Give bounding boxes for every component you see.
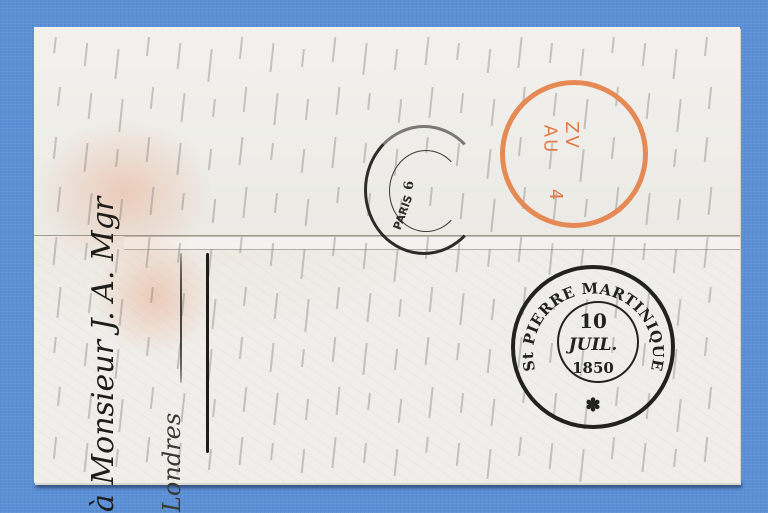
handwriting-trace — [243, 387, 248, 412]
handwriting-trace — [456, 343, 460, 360]
handwriting-trace — [301, 449, 305, 473]
handwriting-trace — [425, 437, 429, 453]
handwriting-trace — [146, 437, 151, 462]
handwriting-trace — [331, 437, 336, 468]
handwriting-trace — [486, 449, 491, 479]
orange-line-2: AU — [539, 125, 560, 155]
handwriting-trace — [393, 249, 398, 282]
handwriting-trace — [398, 399, 402, 423]
handwriting-trace — [53, 337, 57, 353]
handwriting-trace — [300, 249, 305, 279]
handwriting-trace — [57, 387, 61, 406]
handwriting-trace — [304, 299, 309, 332]
handwriting-trace — [704, 437, 709, 462]
handwriting-trace — [394, 449, 399, 476]
handwriting-trace — [332, 337, 337, 362]
handwriting-trace — [270, 443, 274, 460]
address-line-1: à Monsieur J. A. Mgr — [86, 197, 121, 512]
handwriting-trace — [549, 443, 554, 469]
postmark-month: JUIL. — [515, 335, 671, 355]
handwriting-trace — [366, 293, 371, 322]
handwriting-trace — [611, 437, 615, 459]
handwriting-trace — [708, 387, 712, 409]
handwriting-trace — [274, 293, 279, 319]
st-pierre-martinique-postmark: St PIERRE MARTINIQUE 10 JUIL. 1850 ✽ — [511, 265, 675, 429]
ink-curve-stroke — [180, 253, 182, 383]
handwriting-trace — [336, 287, 340, 309]
postmark-year: 1850 — [515, 359, 671, 377]
handwriting-trace — [305, 399, 309, 420]
handwriting-trace — [212, 399, 216, 417]
postmark-day: 10 — [515, 309, 671, 333]
handwriting-trace — [239, 337, 243, 359]
handwriting-trace — [704, 337, 708, 356]
orange-receiving-postmark: ZV AU 4 — [500, 80, 648, 228]
handwriting-trace — [394, 349, 398, 370]
handwriting-trace — [429, 287, 434, 312]
handwriting-trace — [491, 299, 495, 320]
handwriting-trace — [273, 393, 278, 425]
handwriting-trace — [301, 349, 305, 367]
orange-line-1: ZV — [561, 121, 582, 150]
handwriting-trace — [425, 337, 430, 365]
handwriting-trace — [460, 393, 464, 413]
handwriting-trace — [398, 299, 402, 317]
handwriting-trace — [579, 449, 584, 482]
address-line-2: Londres — [158, 413, 186, 512]
handwriting-trace — [367, 393, 371, 410]
handwriting-trace — [487, 349, 491, 373]
handwriting-trace — [239, 437, 244, 465]
paris-day: 6 — [402, 180, 418, 190]
handwriting-trace — [708, 287, 712, 303]
handwriting-trace — [642, 243, 646, 260]
handwriting-trace — [487, 249, 491, 267]
handwriting-trace — [243, 287, 247, 306]
handwriting-trace — [56, 287, 61, 318]
handwriting-trace — [336, 387, 341, 415]
ink-rule-line — [206, 253, 209, 453]
handwriting-trace — [673, 449, 677, 467]
handwriting-trace — [491, 399, 496, 426]
handwriting-trace — [428, 387, 433, 418]
orange-line-3: 4 — [545, 189, 566, 202]
handwriting-trace — [518, 437, 522, 456]
paris-transit-postmark: PARIS 6 — [364, 125, 484, 255]
handwriting-trace — [53, 237, 58, 265]
handwriting-trace — [269, 343, 274, 372]
handwriting-trace — [363, 443, 367, 463]
handwriting-trace — [362, 343, 367, 375]
handwriting-trace — [456, 443, 460, 466]
handwriting-trace — [150, 387, 154, 409]
handwriting-trace — [673, 249, 677, 273]
handwriting-trace — [53, 437, 57, 459]
handwriting-trace — [641, 443, 646, 472]
handwriting-trace — [459, 293, 464, 325]
handwriting-trace — [677, 299, 682, 326]
postmark-ornament-icon: ✽ — [515, 395, 671, 416]
handwriting-trace — [676, 399, 681, 432]
